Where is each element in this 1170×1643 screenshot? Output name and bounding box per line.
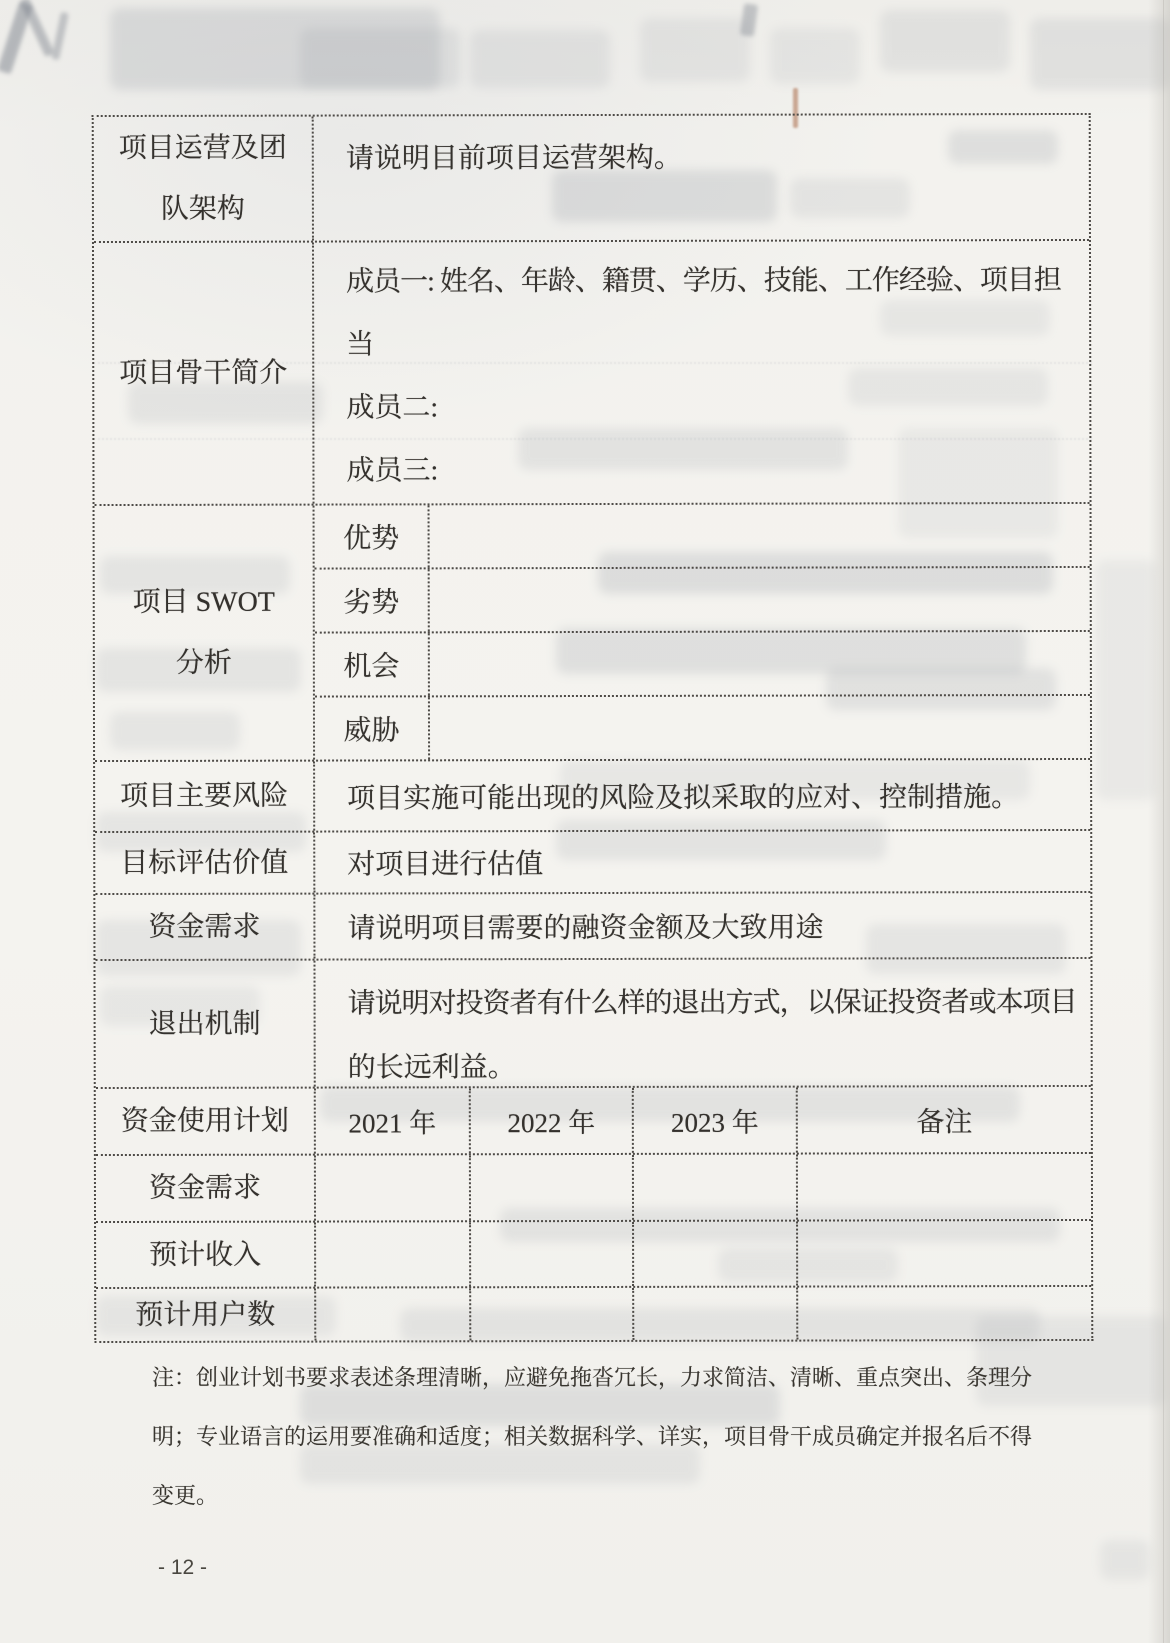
plan-col-2021: 2021 年: [316, 1088, 471, 1153]
swot-row-threats: 威胁: [315, 696, 1090, 760]
bleed-through-text: [1100, 1540, 1150, 1580]
row-content: 项目实施可能出现的风险及拟采取的应对、控制措施。: [315, 760, 1090, 831]
row-plan-funding: 资金需求: [96, 1154, 1091, 1223]
footnote-line-1: 注：创业计划书要求表述条理清晰，应避免拖沓冗长，力求简洁、清晰、重点突出、条理分: [152, 1348, 1082, 1407]
swot-label: 威胁: [315, 697, 430, 759]
footnote-line-2: 明；专业语言的运用要准确和适度；相关数据科学、详实，项目骨干成员确定并报名后不得: [152, 1407, 1082, 1466]
footnote-line-3: 变更。: [152, 1466, 1082, 1525]
member-line-1: 成员一: 姓名、年龄、籍贯、学历、技能、工作经验、项目担: [346, 249, 1079, 314]
member-line-3: 成员三:: [346, 438, 1079, 503]
row-main-risks: 项目主要风险 项目实施可能出现的风险及拟采取的应对、控制措施。: [95, 760, 1090, 833]
empty-cell: [798, 1287, 1091, 1340]
row-label-text: 资金需求: [149, 1171, 261, 1206]
row-label-text: 项目骨干简介: [119, 356, 287, 391]
row-content: 对项目进行估值: [315, 831, 1090, 893]
row-label: 项目骨干简介: [94, 243, 315, 504]
row-label-text: 目标评估价值: [120, 845, 288, 880]
row-exit-mechanism: 退出机制 请说明对投资者有什么样的退出方式，以保证投资者或本项目 的长远利益。: [95, 959, 1090, 1089]
row-label-text: 预计收入: [149, 1237, 261, 1272]
row-content: 请说明目前项目运营架构。: [314, 115, 1089, 241]
plan-col-2022: 2022 年: [471, 1088, 634, 1153]
swot-label: 优势: [315, 505, 430, 567]
bleed-through-smudge: [470, 30, 610, 88]
row-label: 预计收入: [96, 1223, 316, 1287]
row-label-text: 预计用户数: [135, 1297, 275, 1332]
bleed-through-text: [1096, 560, 1156, 800]
row-content: 请说明对投资者有什么样的退出方式，以保证投资者或本项目 的长远利益。: [315, 959, 1090, 1087]
row-plan-header: 资金使用计划 2021 年 2022 年 2023 年 备注: [96, 1087, 1091, 1156]
row-label-text: 退出机制: [149, 1006, 261, 1041]
row-label: 资金需求: [96, 1156, 316, 1221]
row-label: 项目 SWOT 分析: [95, 506, 316, 760]
empty-cell: [471, 1155, 634, 1220]
empty-cell: [316, 1222, 471, 1286]
row-label-line2: 队架构: [161, 192, 245, 227]
content-text: 请说明项目需要的融资金额及大致用途: [347, 906, 823, 947]
content-text: 对项目进行估值: [347, 842, 543, 882]
swot-label: 机会: [315, 633, 430, 695]
swot-label: 劣势: [315, 569, 430, 631]
ink-smudge: [19, 0, 54, 57]
bleed-through-smudge: [640, 18, 750, 82]
bleed-through-smudge: [110, 8, 440, 90]
empty-cell: [471, 1288, 634, 1340]
swot-row-strengths: 优势: [315, 504, 1090, 570]
bleed-through-smudge: [880, 10, 1010, 72]
page-number: - 12 -: [158, 1556, 207, 1580]
row-plan-users: 预计用户数: [96, 1287, 1091, 1341]
plan-col-2023: 2023 年: [634, 1088, 798, 1153]
row-label-line2: 分析: [176, 646, 232, 681]
plan-col-remark: 备注: [798, 1087, 1091, 1153]
member-line-2: 成员二:: [346, 375, 1079, 440]
row-swot: 项目 SWOT 分析 优势 劣势 机会 威胁: [95, 504, 1091, 762]
empty-cell: [798, 1221, 1091, 1286]
row-operation-structure: 项目运营及团 队架构 请说明目前项目运营架构。: [94, 115, 1089, 243]
swot-grid: 优势 劣势 机会 威胁: [315, 504, 1091, 760]
empty-cell: [634, 1222, 798, 1286]
empty-cell: [634, 1288, 798, 1340]
business-plan-table: 项目运营及团 队架构 请说明目前项目运营架构。 项目骨干简介 成员一: 姓名、年…: [92, 113, 1094, 1343]
member-line-1-wrap: 当: [346, 312, 1079, 377]
content-line-1: 请说明对投资者有什么样的退出方式，以保证投资者或本项目: [348, 971, 1081, 1037]
empty-cell: [430, 696, 1090, 759]
empty-cell: [430, 632, 1090, 695]
row-label: 项目运营及团 队架构: [94, 117, 314, 241]
swot-row-weaknesses: 劣势: [315, 568, 1090, 634]
empty-cell: [430, 504, 1090, 567]
row-content: 请说明项目需要的融资金额及大致用途: [315, 893, 1090, 959]
swot-row-opportunities: 机会: [315, 632, 1090, 698]
empty-cell: [798, 1154, 1091, 1220]
empty-cell: [316, 1288, 471, 1340]
bleed-through-smudge: [770, 28, 860, 84]
row-label: 退出机制: [95, 961, 315, 1087]
content-text: 请说明目前项目运营架构。: [346, 143, 682, 175]
bleed-through-smudge: [300, 28, 460, 88]
row-team-members: 项目骨干简介 成员一: 姓名、年龄、籍贯、学历、技能、工作经验、项目担 当 成员…: [94, 241, 1090, 506]
row-content: 成员一: 姓名、年龄、籍贯、学历、技能、工作经验、项目担 当 成员二: 成员三:: [314, 241, 1090, 504]
footnote: 注：创业计划书要求表述条理清晰，应避免拖沓冗长，力求简洁、清晰、重点突出、条理分…: [152, 1348, 1082, 1525]
row-label-text: 项目主要风险: [120, 779, 288, 814]
empty-cell: [430, 568, 1090, 631]
row-label: 目标评估价值: [95, 833, 315, 893]
row-plan-revenue: 预计收入: [96, 1221, 1091, 1289]
row-label-text: 资金需求: [148, 909, 260, 944]
content-text: 项目实施可能出现的风险及拟采取的应对、控制措施。: [347, 775, 1019, 816]
ink-smudge: [0, 2, 33, 75]
row-label: 预计用户数: [96, 1289, 316, 1341]
row-label-text: 资金使用计划: [121, 1104, 289, 1139]
row-label: 项目主要风险: [95, 762, 315, 831]
empty-cell: [471, 1222, 634, 1286]
row-label-line1: 项目运营及团: [119, 131, 287, 166]
row-label-line1: 项目 SWOT: [133, 585, 275, 620]
row-funding-needs: 资金需求 请说明项目需要的融资金额及大致用途: [95, 893, 1090, 961]
empty-cell: [316, 1155, 471, 1220]
row-valuation: 目标评估价值 对项目进行估值: [95, 831, 1090, 895]
scanned-page: 项目运营及团 队架构 请说明目前项目运营架构。 项目骨干简介 成员一: 姓名、年…: [0, 0, 1170, 1643]
page-edge-shadow: [1148, 0, 1170, 1643]
row-label: 资金使用计划: [96, 1089, 316, 1154]
row-label: 资金需求: [95, 895, 315, 959]
empty-cell: [634, 1155, 798, 1220]
ink-smudge: [51, 12, 69, 61]
ink-smudge: [740, 3, 758, 37]
